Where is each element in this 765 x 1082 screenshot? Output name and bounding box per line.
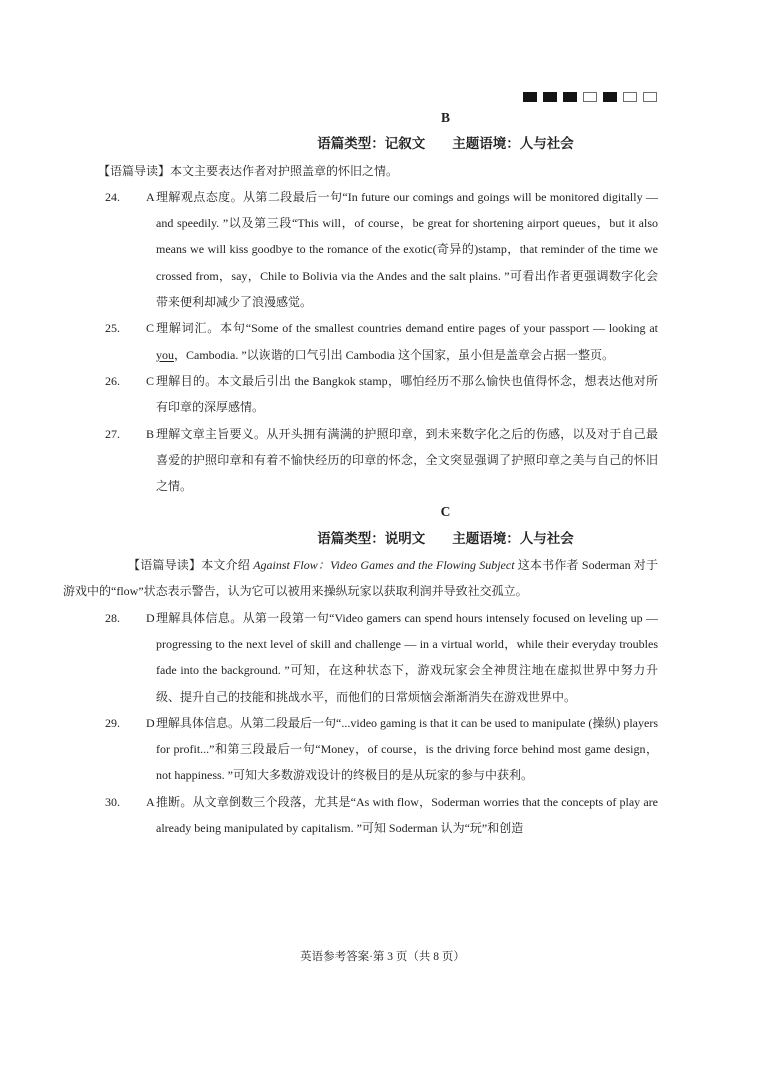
filled-square-mark (523, 92, 537, 102)
answer-item: 28.D理解具体信息。从第一段第一句“Video gamers can spen… (63, 605, 658, 710)
question-number: 30. (105, 789, 120, 815)
answer-key-page: B语篇类型：记叙文主题语境：人与社会【语篇导读】本文主要表达作者对护照盖章的怀旧… (0, 0, 765, 1082)
empty-square-mark (623, 92, 637, 102)
print-registration-marks (523, 92, 657, 102)
text-segment: 理解词汇。本句“Some of the smallest countries d… (156, 321, 658, 335)
answer-item: 29.D理解具体信息。从第二段最后一句“...video gaming is t… (63, 710, 658, 789)
section-letter-heading: B (63, 105, 765, 131)
question-number: 28. (105, 605, 120, 631)
question-number: 25. (105, 315, 120, 341)
filled-square-mark (563, 92, 577, 102)
underlined-word: you (156, 348, 174, 362)
answer-explanation: 理解目的。本文最后引出 the Bangkok stamp，哪怕经历不那么愉快也… (156, 374, 658, 414)
answer-item: 25.C理解词汇。本句“Some of the smallest countri… (63, 315, 658, 368)
text-segment: 理解观点态度。从第二段最后一句“In future our comings an… (156, 190, 658, 309)
answer-explanation: 理解观点态度。从第二段最后一句“In future our comings an… (156, 190, 658, 309)
theme-label: 主题语境：人与社会 (452, 531, 574, 546)
filled-square-mark (603, 92, 617, 102)
text-segment: 推断。从文章倒数三个段落，尤其是“As with flow，Soderman w… (156, 795, 658, 835)
passage-type-line: 语篇类型：记叙文主题语境：人与社会 (63, 131, 765, 157)
empty-square-mark (583, 92, 597, 102)
text-segment: 【语篇导读】本文介绍 (128, 558, 253, 572)
answer-letter: D (146, 605, 155, 631)
answer-letter: A (146, 184, 155, 210)
answer-letter: D (146, 710, 155, 736)
genre-label: 语篇类型：记叙文 (317, 136, 425, 151)
answer-letter: A (146, 789, 155, 815)
text-segment: 【语篇导读】本文主要表达作者对护照盖章的怀旧之情。 (98, 164, 398, 178)
page-footer: 英语参考答案·第 3 页（共 8 页） (0, 949, 765, 965)
passage-intro: 【语篇导读】本文介绍 Against Flow：Video Games and … (63, 552, 658, 605)
answer-item: 26.C理解目的。本文最后引出 the Bangkok stamp，哪怕经历不那… (63, 368, 658, 421)
text-segment: 理解文章主旨要义。从开头拥有满满的护照印章，到未来数字化之后的伤感，以及对于自己… (156, 427, 658, 494)
question-number: 24. (105, 184, 120, 210)
answer-explanation: 理解具体信息。从第一段第一句“Video gamers can spend ho… (156, 611, 658, 704)
answer-letter: C (146, 315, 154, 341)
passage-intro: 【语篇导读】本文主要表达作者对护照盖章的怀旧之情。 (63, 158, 658, 184)
empty-square-mark (643, 92, 657, 102)
answer-letter: C (146, 368, 154, 394)
answer-explanation: 理解词汇。本句“Some of the smallest countries d… (156, 321, 658, 361)
theme-label: 主题语境：人与社会 (452, 136, 574, 151)
text-segment: 理解目的。本文最后引出 the Bangkok stamp，哪怕经历不那么愉快也… (156, 374, 658, 414)
answer-explanation: 理解具体信息。从第二段最后一句“...video gaming is that … (156, 716, 658, 783)
answer-item: 24.A理解观点态度。从第二段最后一句“In future our coming… (63, 184, 658, 315)
question-number: 26. (105, 368, 120, 394)
question-number: 27. (105, 421, 120, 447)
passage-type-line: 语篇类型：说明文主题语境：人与社会 (63, 526, 765, 552)
answer-explanation: 理解文章主旨要义。从开头拥有满满的护照印章，到未来数字化之后的伤感，以及对于自己… (156, 427, 658, 494)
text-segment: ，Cambodia. ”以诙谐的口气引出 Cambodia 这个国家，虽小但是盖… (174, 348, 614, 362)
answer-explanation: 推断。从文章倒数三个段落，尤其是“As with flow，Soderman w… (156, 795, 658, 835)
book-title-italic: Against Flow：Video Games and the Flowing… (253, 558, 514, 572)
text-segment: 理解具体信息。从第一段第一句“Video gamers can spend ho… (156, 611, 658, 704)
genre-label: 语篇类型：说明文 (317, 531, 425, 546)
question-number: 29. (105, 710, 120, 736)
filled-square-mark (543, 92, 557, 102)
answer-item: 30.A推断。从文章倒数三个段落，尤其是“As with flow，Soderm… (63, 789, 658, 842)
answer-item: 27.B理解文章主旨要义。从开头拥有满满的护照印章，到未来数字化之后的伤感，以及… (63, 421, 658, 500)
section-letter-heading: C (63, 499, 765, 525)
text-segment: 理解具体信息。从第二段最后一句“...video gaming is that … (156, 716, 658, 783)
answer-letter: B (146, 421, 154, 447)
answer-key-content: B语篇类型：记叙文主题语境：人与社会【语篇导读】本文主要表达作者对护照盖章的怀旧… (63, 105, 658, 841)
